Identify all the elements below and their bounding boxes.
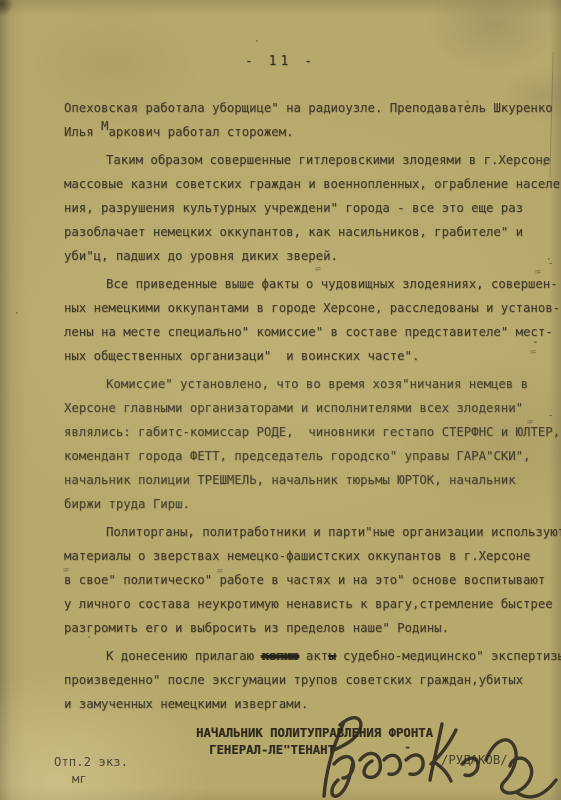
page-number: - 11 - (0, 54, 561, 69)
paper-speck (256, 40, 258, 42)
scanned-document-page: - 11 - Опеховская работала уборщице" на … (0, 0, 561, 800)
typewritten-line: К донесению прилагаю копию акты судебно-… (64, 644, 561, 668)
paragraph: Опеховская работала уборщице" на радиоуз… (64, 96, 561, 144)
typewritten-line: Комиссие" установлено, что во время хозя… (64, 372, 561, 396)
pencil-check-mark: = (529, 347, 536, 359)
typewritten-line: Опеховская работала уборщице" на радиоуз… (64, 96, 561, 120)
typewritten-line: комендант города ФЕТТ, председатель горо… (64, 444, 561, 468)
paper-speck (543, 163, 546, 166)
typewritten-line: ных немецкими оккупантами в городе Херсо… (64, 296, 561, 320)
line-segment: К донесению прилагаю (106, 649, 261, 663)
handwritten-signature (290, 708, 561, 800)
copies-note: Отп.2 экз. (54, 755, 128, 769)
typewritten-line: в свое" политическо" работе в частях и н… (64, 568, 561, 592)
struck-out-letter: ы (328, 644, 335, 668)
typewritten-line: разоблачает немецких оккупантов, как нас… (64, 220, 561, 244)
typewritten-line: Политорганы, политработники и парти"ные … (64, 520, 561, 544)
typewritten-line: ных общественных организаци" и воинских … (64, 344, 561, 368)
line-segment: аркович работал сторожем. (108, 125, 293, 139)
pencil-check-mark: = (62, 565, 69, 577)
paper-speck (534, 341, 537, 343)
typewritten-line: уби"ц, падших до уровня диких зверей. (64, 244, 561, 268)
typewritten-line: Все приведенные выше факты о чудовищных … (64, 272, 561, 296)
paper-speck (88, 636, 90, 638)
paragraph: Комиссие" установлено, что во время хозя… (64, 372, 561, 516)
typewritten-line: биржи труда Гирш. (64, 492, 561, 516)
paper-speck (548, 258, 550, 260)
line-segment: Илья (64, 125, 101, 139)
paragraph: Все приведенные выше факты о чудовищных … (64, 272, 561, 368)
typist-initials: мг (72, 772, 87, 786)
typewritten-line: начальник полиции ТРЕШМЕЛЬ, начальник тю… (64, 468, 561, 492)
typewritten-line: разгромить его и выбросить из пределов н… (64, 616, 561, 640)
pencil-check-mark: = (214, 325, 221, 337)
pencil-check-mark: = (314, 264, 321, 276)
struck-out-word: копию (261, 644, 298, 668)
pencil-check-mark: = (216, 566, 223, 578)
raised-correction-letter: М (101, 114, 108, 138)
typewritten-line: Херсоне главными организаторами и исполн… (64, 396, 561, 420)
typewritten-line: ния, разрушения культурных учреждени" го… (64, 196, 561, 220)
typewritten-line: массовые казни советских граждан и военн… (64, 172, 561, 196)
typewritten-line: Таким образом совершенные гитлеровскими … (64, 148, 561, 172)
pencil-dash-mark: - (547, 408, 554, 422)
pencil-check-mark: = (526, 417, 533, 429)
paper-speck (466, 100, 469, 103)
paragraph: Таким образом совершенные гитлеровскими … (64, 148, 561, 268)
paragraph: Политорганы, политработники и парти"ные … (64, 520, 561, 640)
paper-speck (16, 312, 18, 314)
typewritten-line: материалы о зверствах немецко-фашистских… (64, 544, 561, 568)
document-body: Опеховская работала уборщице" на радиоуз… (64, 96, 561, 720)
typewritten-line: лены на месте специально" комиссие" в со… (64, 320, 561, 344)
typewritten-line: являлись: габитс-комиссар РОДЕ, чиновник… (64, 420, 561, 444)
pencil-check-mark: = (534, 267, 541, 279)
line-segment: судебно-медицинско" экспертизы (336, 649, 561, 663)
line-segment: акт (299, 649, 329, 663)
typewritten-line: произведенно" после эксгумации трупов со… (64, 668, 561, 692)
paragraph: К донесению прилагаю копию акты судебно-… (64, 644, 561, 716)
typewritten-line: у личного состава неукротимую ненависть … (64, 592, 561, 616)
typewritten-line: Илья Маркович работал сторожем. (64, 120, 561, 144)
